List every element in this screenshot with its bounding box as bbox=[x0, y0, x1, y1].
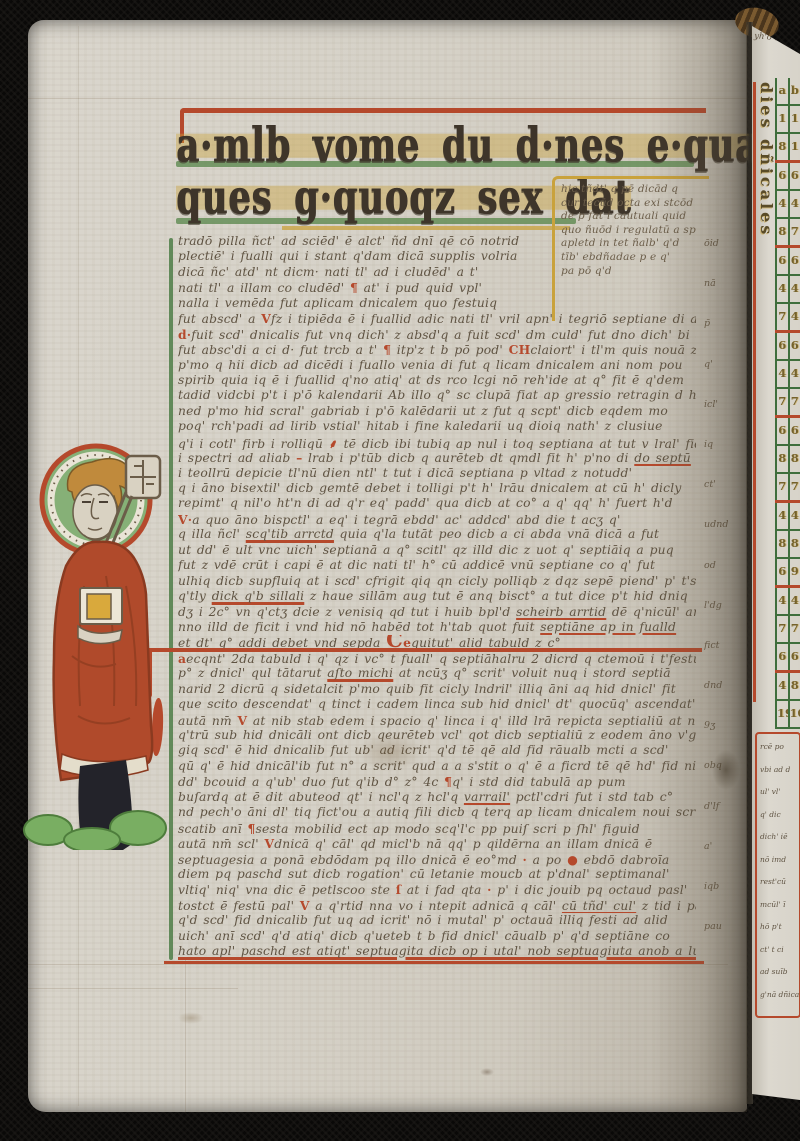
text-line: repimt' q nil'o ht'n di ad q'r eq' padd'… bbox=[178, 496, 696, 511]
text-line: nd pech'o āni dl' tiq fict'ou a autiq fi… bbox=[178, 805, 696, 820]
saint-figure-illustration bbox=[22, 436, 170, 850]
text-line: buſardq at ē dit abuteod qt' i ncl'q z h… bbox=[178, 790, 696, 805]
table-row: 77 bbox=[775, 616, 800, 644]
dominical-letter-table: dies dñicales ab118166448766447466447766… bbox=[753, 78, 800, 726]
gloss-line: hic tñdt' q pē dicād q bbox=[561, 183, 709, 197]
table-row: 66 bbox=[775, 333, 800, 361]
text-segment: claiort' i tl'm quis nouā z bbox=[530, 343, 696, 357]
parchment-stain bbox=[480, 1068, 494, 1076]
text-segment: fut abscd' a bbox=[178, 312, 261, 326]
red-robe bbox=[54, 542, 152, 780]
text-segment: 7 bbox=[775, 304, 788, 330]
text-segment: 4 bbox=[788, 276, 800, 302]
manuscript-photograph: a·mlb vome du d·nes e·quadi f ques g·quo… bbox=[0, 0, 800, 1141]
text-line: uich' anī scd' q'd atiq' dicb q'ueteb t … bbox=[178, 929, 696, 944]
text-line: dʒ i 2c° vn q'ctʒ dcie z venisiq qd tut … bbox=[178, 605, 696, 620]
text-segment: ¶ bbox=[350, 280, 358, 295]
margin-fragment: fict bbox=[704, 640, 746, 680]
red-note-box: rcē povbi ad dul' vl'q' dicdich' iēnō im… bbox=[755, 732, 800, 1018]
text-segment: nati tl' a illam co cludēd' bbox=[178, 281, 350, 295]
text-line: poq' rch'padi ad lirib vstial' hitab i f… bbox=[178, 419, 696, 434]
text-segment: buſardq at ē dit abuteod qt' i ncl'q z h… bbox=[178, 790, 464, 804]
text-line: spirib quia iq ē i fuallid q'no atiq' at… bbox=[178, 373, 696, 388]
text-line: ned p'mo hid scral' gabriab i p'ō kalēda… bbox=[178, 404, 696, 419]
text-segment: a bbox=[775, 78, 788, 104]
text-segment: z haue sillām aug tut ē anq bisct° a tut… bbox=[304, 589, 688, 603]
margin-fragment: nā bbox=[704, 278, 746, 318]
text-segment: q' i std did tabulā ap pum bbox=[452, 775, 626, 789]
text-line: plectiē' i fualli qui i stant q'dam dicā… bbox=[178, 249, 538, 264]
margin-fragment: iqb bbox=[704, 881, 746, 921]
text-line: p'mo q hii dicb ad dicēdi i fuallo venia… bbox=[178, 358, 696, 373]
text-segment: 8 bbox=[775, 446, 788, 472]
text-segment: do septū bbox=[634, 451, 691, 465]
text-line: i spectri ad aliab – lrab i p'tūb dicb q… bbox=[178, 450, 696, 465]
text-segment: fut absc'di a ci d· fut trcb a t' bbox=[178, 343, 383, 357]
text-segment: 4 bbox=[775, 276, 788, 302]
text-segment: z tid i pal' bbox=[636, 899, 696, 913]
text-line: d·fuit scd' dnicalis fut vnq dich' z abs… bbox=[178, 327, 696, 342]
text-line: dicā ñc' atd' nt dicm· nati tl' ad i clu… bbox=[178, 265, 538, 280]
text-line: hato apl' paschd est atiqt' septuagita d… bbox=[178, 944, 696, 959]
text-segment: 4 bbox=[788, 191, 800, 217]
table-row: 44 bbox=[775, 503, 800, 531]
text-segment: 8 bbox=[775, 531, 788, 557]
text-segment: septiāne ap in fualld bbox=[540, 620, 676, 634]
text-segment: 8 bbox=[775, 134, 788, 160]
text-segment: tostct ē festū pal' bbox=[178, 899, 300, 913]
table-row: 66 bbox=[775, 644, 800, 673]
text-segment: scheirb arrtid bbox=[516, 605, 606, 619]
text-line: qū q' ē hid dnicāl'ib fut n° a scrit' qu… bbox=[178, 759, 696, 774]
text-line: fut absc'di a ci d· fut trcb a t' ¶ itp'… bbox=[178, 342, 696, 357]
text-segment: d· bbox=[178, 327, 191, 342]
text-segment: septuagesia a ponā ebdōdam pq illo dnicā… bbox=[178, 853, 523, 867]
text-line: autā nm̄ V at nib stab edem i spacio q' … bbox=[178, 713, 696, 728]
ruling-line-horizontal bbox=[28, 98, 747, 99]
margin-fragment: udnd bbox=[704, 519, 746, 559]
note-line: rest'cū bbox=[760, 871, 799, 894]
text-segment: nno illd de ficit i vnd hid nō habēd tot… bbox=[178, 620, 540, 634]
yellow-underline-bar bbox=[282, 226, 570, 230]
table-row: 88 bbox=[775, 446, 800, 474]
red-paragraph-rule bbox=[146, 648, 702, 700]
gloss-line: de p fat i cautuali quid bbox=[561, 210, 709, 224]
margin-fragment: a' bbox=[704, 841, 746, 881]
text-line: fut abscd' a Vfz i tipiēda ē i fuallid a… bbox=[178, 311, 696, 326]
text-segment: 7 bbox=[788, 389, 800, 415]
text-segment: 6 bbox=[775, 644, 788, 670]
text-segment: V· bbox=[178, 512, 192, 527]
text-segment: 6 bbox=[788, 248, 800, 274]
facing-page-edge: yh'o dōmad' m̄ dies dñicales ab118166448… bbox=[752, 26, 800, 1104]
main-text-block: tradō pilla ñct' ad sciēd' ē alct' ñd dn… bbox=[178, 234, 696, 962]
table-row: 44 bbox=[775, 191, 800, 219]
text-line: q'trū sub hid dnicāli ont dicb qeurēteb … bbox=[178, 728, 696, 743]
margin-fragment: d'lf bbox=[704, 801, 746, 841]
text-segment: ¶ bbox=[247, 821, 255, 836]
text-line: scatib anī ¶sesta mobilid ect ap modo sc… bbox=[178, 821, 696, 836]
ruling-line-horizontal bbox=[28, 964, 728, 965]
text-segment: 4 bbox=[788, 361, 800, 387]
text-segment: dʒ i 2c° vn q'ctʒ dcie z venisiq qd tut … bbox=[178, 605, 516, 619]
text-segment: vltiq' niq' vna dic ē petlscoo ste bbox=[178, 883, 396, 897]
text-line: nati tl' a illam co cludēd' ¶ at' i pud … bbox=[178, 280, 538, 295]
ruling-line-horizontal bbox=[28, 988, 238, 989]
note-line: vbi ad d bbox=[760, 759, 799, 782]
text-segment: q illa ñcl' bbox=[178, 527, 246, 541]
text-segment: q'i i cotl' firb i rolliqū bbox=[178, 437, 329, 450]
parchment-stain bbox=[358, 732, 422, 772]
note-line: mcūl' ī bbox=[760, 894, 799, 917]
margin-fragment: l'dg bbox=[704, 600, 746, 640]
text-segment: 8 bbox=[788, 531, 800, 557]
note-line: dich' iē bbox=[760, 826, 799, 849]
margin-fragment: iq bbox=[704, 439, 746, 479]
text-segment: 9 bbox=[788, 559, 800, 585]
text-segment: ¶ bbox=[444, 774, 452, 789]
text-line: q'tly dick q'b sillali z haue sillām aug… bbox=[178, 589, 696, 604]
note-line: ul' vl' bbox=[760, 781, 799, 804]
ruling-line-vertical bbox=[185, 960, 186, 1112]
note-line: hō p't bbox=[760, 916, 799, 939]
parchment-stain bbox=[178, 1012, 204, 1024]
table-row: 87 bbox=[775, 219, 800, 248]
table-row: ab bbox=[775, 78, 800, 106]
text-segment: 7 bbox=[788, 219, 800, 245]
note-line: g'nā dñica bbox=[760, 984, 799, 1007]
text-segment: autā nm̄ scl' bbox=[178, 837, 264, 851]
text-segment: ¶ bbox=[383, 342, 391, 357]
margin-fragment: p̄ bbox=[704, 318, 746, 358]
text-line: ut dd' ē ult vnc uich' septianā a q° sci… bbox=[178, 543, 696, 558]
text-line: fut z vdē crūt i capi ē at dic nati tl' … bbox=[178, 558, 696, 573]
text-line: tostct ē festū pal' V a q'rtid nna vo i … bbox=[178, 898, 696, 913]
gloss-line: cur tecūd octa exi stcōd bbox=[561, 197, 709, 211]
table-row: 77 bbox=[775, 474, 800, 503]
table-row: 1910 bbox=[775, 701, 800, 729]
text-segment: p' i dic jouib pq octaud pasl' bbox=[492, 883, 688, 897]
text-line: septuagesia a ponā ebdōdam pq illo dnicā… bbox=[178, 852, 696, 867]
text-segment: dd' bcouid a q'ub' duo fut q'ib d° z° 4c bbox=[178, 775, 444, 789]
text-segment: varrail' bbox=[464, 790, 510, 804]
text-line: V·a quo āno bispctl' a eq' i tegrā ebdd'… bbox=[178, 512, 696, 527]
heading-text: a·mlb vome du d·nes e·quadi f bbox=[176, 116, 800, 173]
text-segment: b bbox=[788, 78, 800, 104]
margin-fragment: q' bbox=[704, 359, 746, 399]
text-segment: 4 bbox=[775, 361, 788, 387]
table-row: 11 bbox=[775, 106, 800, 134]
text-segment: 6 bbox=[775, 559, 788, 585]
text-segment: 6 bbox=[775, 418, 788, 444]
text-line: dd' bcouid a q'ub' duo fut q'ib d° z° 4c… bbox=[178, 774, 696, 789]
text-segment: 6 bbox=[788, 418, 800, 444]
table-row: 44 bbox=[775, 588, 800, 616]
text-segment: tē dicb ibi tubiq ap nul i toq septiana … bbox=[338, 437, 696, 450]
table-row: 48 bbox=[775, 673, 800, 701]
text-segment: at i fad qta bbox=[401, 883, 487, 897]
text-segment: sesta mobilid ect ap modo scq'l'c pp pui… bbox=[256, 822, 640, 836]
text-segment: at' i pud quid vpl' bbox=[358, 281, 482, 295]
text-segment: 4 bbox=[788, 503, 800, 529]
red-end-rule bbox=[164, 961, 704, 964]
text-segment: 7 bbox=[775, 389, 788, 415]
text-line: q illa ñcl' scq'tib arrctd quia q'la tut… bbox=[178, 527, 696, 542]
text-segment: at nib stab edem i spacio q' linca i q' … bbox=[247, 714, 696, 728]
text-segment: 1 bbox=[788, 106, 800, 132]
table-row: 77 bbox=[775, 389, 800, 418]
text-line: q'i i cotl' firb i rolliqū ⸙ tē dicb ibi… bbox=[178, 435, 696, 450]
text-segment: V bbox=[264, 836, 274, 851]
text-segment: V bbox=[261, 311, 271, 326]
note-line: q' dic bbox=[760, 804, 799, 827]
text-line: i teollrū depicie tl'nū dien ntl' t tut … bbox=[178, 466, 696, 481]
margin-fragment: dnd bbox=[704, 680, 746, 720]
table-row: 88 bbox=[775, 531, 800, 559]
text-segment: 7 bbox=[775, 616, 788, 642]
text-segment: 4 bbox=[788, 304, 800, 330]
text-line: diem pq paschd sut dicb rogation' cū let… bbox=[178, 867, 696, 882]
book-panel bbox=[87, 594, 111, 619]
text-segment: 4 bbox=[775, 191, 788, 217]
margin-fragment: icl' bbox=[704, 399, 746, 439]
text-segment: fuit scd' dnicalis fut vnq dich' z absd'… bbox=[191, 328, 696, 342]
grass-mound-center bbox=[64, 828, 120, 850]
text-segment: 10 bbox=[788, 701, 800, 727]
table-row: 74 bbox=[775, 304, 800, 333]
text-segment: 8 bbox=[788, 673, 800, 699]
text-segment: a quo āno bispctl' a eq' i tegrā ebdd' a… bbox=[192, 513, 620, 527]
text-line: autā nm̄ scl' Vdnicā q' cāl' qd micl'b n… bbox=[178, 836, 696, 851]
text-segment: 1 bbox=[788, 134, 800, 160]
text-segment: itp'z t b pō pod' bbox=[391, 343, 508, 357]
text-segment: a q'rtid nna vo i ntepit adnicā q cāl' bbox=[310, 899, 562, 913]
text-segment: 6 bbox=[788, 163, 800, 189]
text-segment: dē q'nicūl' anco bbox=[606, 605, 696, 619]
margin-fragment: ct' bbox=[704, 479, 746, 519]
margin-fragment: od bbox=[704, 560, 746, 600]
text-segment: 7 bbox=[788, 616, 800, 642]
text-segment: 6 bbox=[788, 333, 800, 359]
text-segment: pctl'cdri fut i std tab c° bbox=[510, 790, 673, 804]
note-line: nō imd bbox=[760, 849, 799, 872]
text-segment: lrab i p'tūb dicb q aurēteb dt qmdl fit … bbox=[302, 451, 634, 465]
text-segment: 1 bbox=[775, 106, 788, 132]
text-line: ulhiq dicb supfluiq at i scd' cfrigit qi… bbox=[178, 574, 696, 589]
text-segment: hato apl' paschd est atiqt' septuagita d… bbox=[178, 944, 696, 958]
text-segment: dick q'b sillali bbox=[212, 589, 305, 603]
table-row: 69 bbox=[775, 559, 800, 588]
table-row: 44 bbox=[775, 361, 800, 389]
text-segment: scatib anī bbox=[178, 822, 247, 836]
text-segment: 19 bbox=[775, 701, 788, 727]
text-segment: ⸙ bbox=[329, 436, 338, 450]
table-row: 81 bbox=[775, 134, 800, 163]
text-segment: V bbox=[300, 898, 310, 913]
text-segment: 7 bbox=[788, 474, 800, 500]
note-line: ad suīb bbox=[760, 961, 799, 984]
margin-line-endings: ōidnāp̄q'icl'iqct'udndodl'dgfictdnd9ʒobq… bbox=[704, 238, 746, 962]
margin-fragment: ōid bbox=[704, 238, 746, 278]
text-line: giq scd' ē hid dnicalib fut ub' ad icrit… bbox=[178, 743, 696, 758]
text-segment: 6 bbox=[775, 248, 788, 274]
text-segment: 4 bbox=[775, 588, 788, 614]
text-segment: V bbox=[238, 713, 248, 728]
text-segment: 7 bbox=[775, 474, 788, 500]
table-number-grid: ab11816644876644746644776688774488694477… bbox=[775, 78, 800, 729]
table-row: 44 bbox=[775, 276, 800, 304]
text-segment: 8 bbox=[788, 446, 800, 472]
text-line: q'd scd' fid dnicalib fut uq ad icrit' n… bbox=[178, 913, 696, 928]
text-line: tradō pilla ñct' ad sciēd' ē alct' ñd dn… bbox=[178, 234, 538, 249]
table-row: 66 bbox=[775, 248, 800, 276]
gutter-fold-line bbox=[746, 22, 753, 1104]
gothic-heading-line1: a·mlb vome du d·nes e·quadi f bbox=[176, 116, 800, 173]
text-segment: 4 bbox=[775, 503, 788, 529]
text-segment: 6 bbox=[775, 163, 788, 189]
text-line: tadid vidcbi p't i p'ō kalendarii Ab ill… bbox=[178, 388, 696, 403]
note-line: rcē po bbox=[760, 736, 799, 759]
text-segment: dnicā q' cāl' qd micl'b nā qq' p qildērn… bbox=[274, 837, 652, 851]
text-line: nno illd de ficit i vnd hid nō habēd tot… bbox=[178, 620, 696, 635]
text-segment: scq'tib arrctd bbox=[246, 527, 334, 541]
text-segment: quia q'la tutāt peo dicb a ci abda vnā d… bbox=[334, 527, 659, 541]
text-segment: 8 bbox=[775, 219, 788, 245]
text-segment: ebdō dabroīa bbox=[578, 853, 669, 867]
margin-fragment: pau bbox=[704, 921, 746, 961]
gutter-smudge bbox=[712, 750, 740, 790]
text-segment: i spectri ad aliab bbox=[178, 451, 296, 465]
text-line: vltiq' niq' vna dic ē petlscoo ste ſ at … bbox=[178, 882, 696, 897]
text-segment: 4 bbox=[775, 673, 788, 699]
text-segment: CH bbox=[509, 342, 531, 357]
text-segment: ● bbox=[567, 852, 578, 867]
table-vertical-label: dies dñicales bbox=[753, 82, 776, 702]
text-segment: cū tñd' cul' bbox=[562, 899, 636, 913]
note-line: ct' t ci bbox=[760, 939, 799, 962]
text-segment: autā nm̄ bbox=[178, 714, 238, 728]
text-segment: a po bbox=[527, 853, 567, 867]
text-line: q i āno bisextil' dicb gemtē debet i tol… bbox=[178, 481, 696, 496]
text-segment: 6 bbox=[788, 644, 800, 670]
text-segment: 4 bbox=[788, 588, 800, 614]
table-row: 66 bbox=[775, 418, 800, 446]
text-segment: q'tly bbox=[178, 589, 212, 603]
text-line: nalla i vemēda fut aplicam dnicalem quo … bbox=[178, 296, 538, 311]
text-segment: fz i tipiēda ē i fuallid adic nati tl' v… bbox=[271, 312, 696, 326]
text-segment: 6 bbox=[775, 333, 788, 359]
table-row: 66 bbox=[775, 163, 800, 191]
